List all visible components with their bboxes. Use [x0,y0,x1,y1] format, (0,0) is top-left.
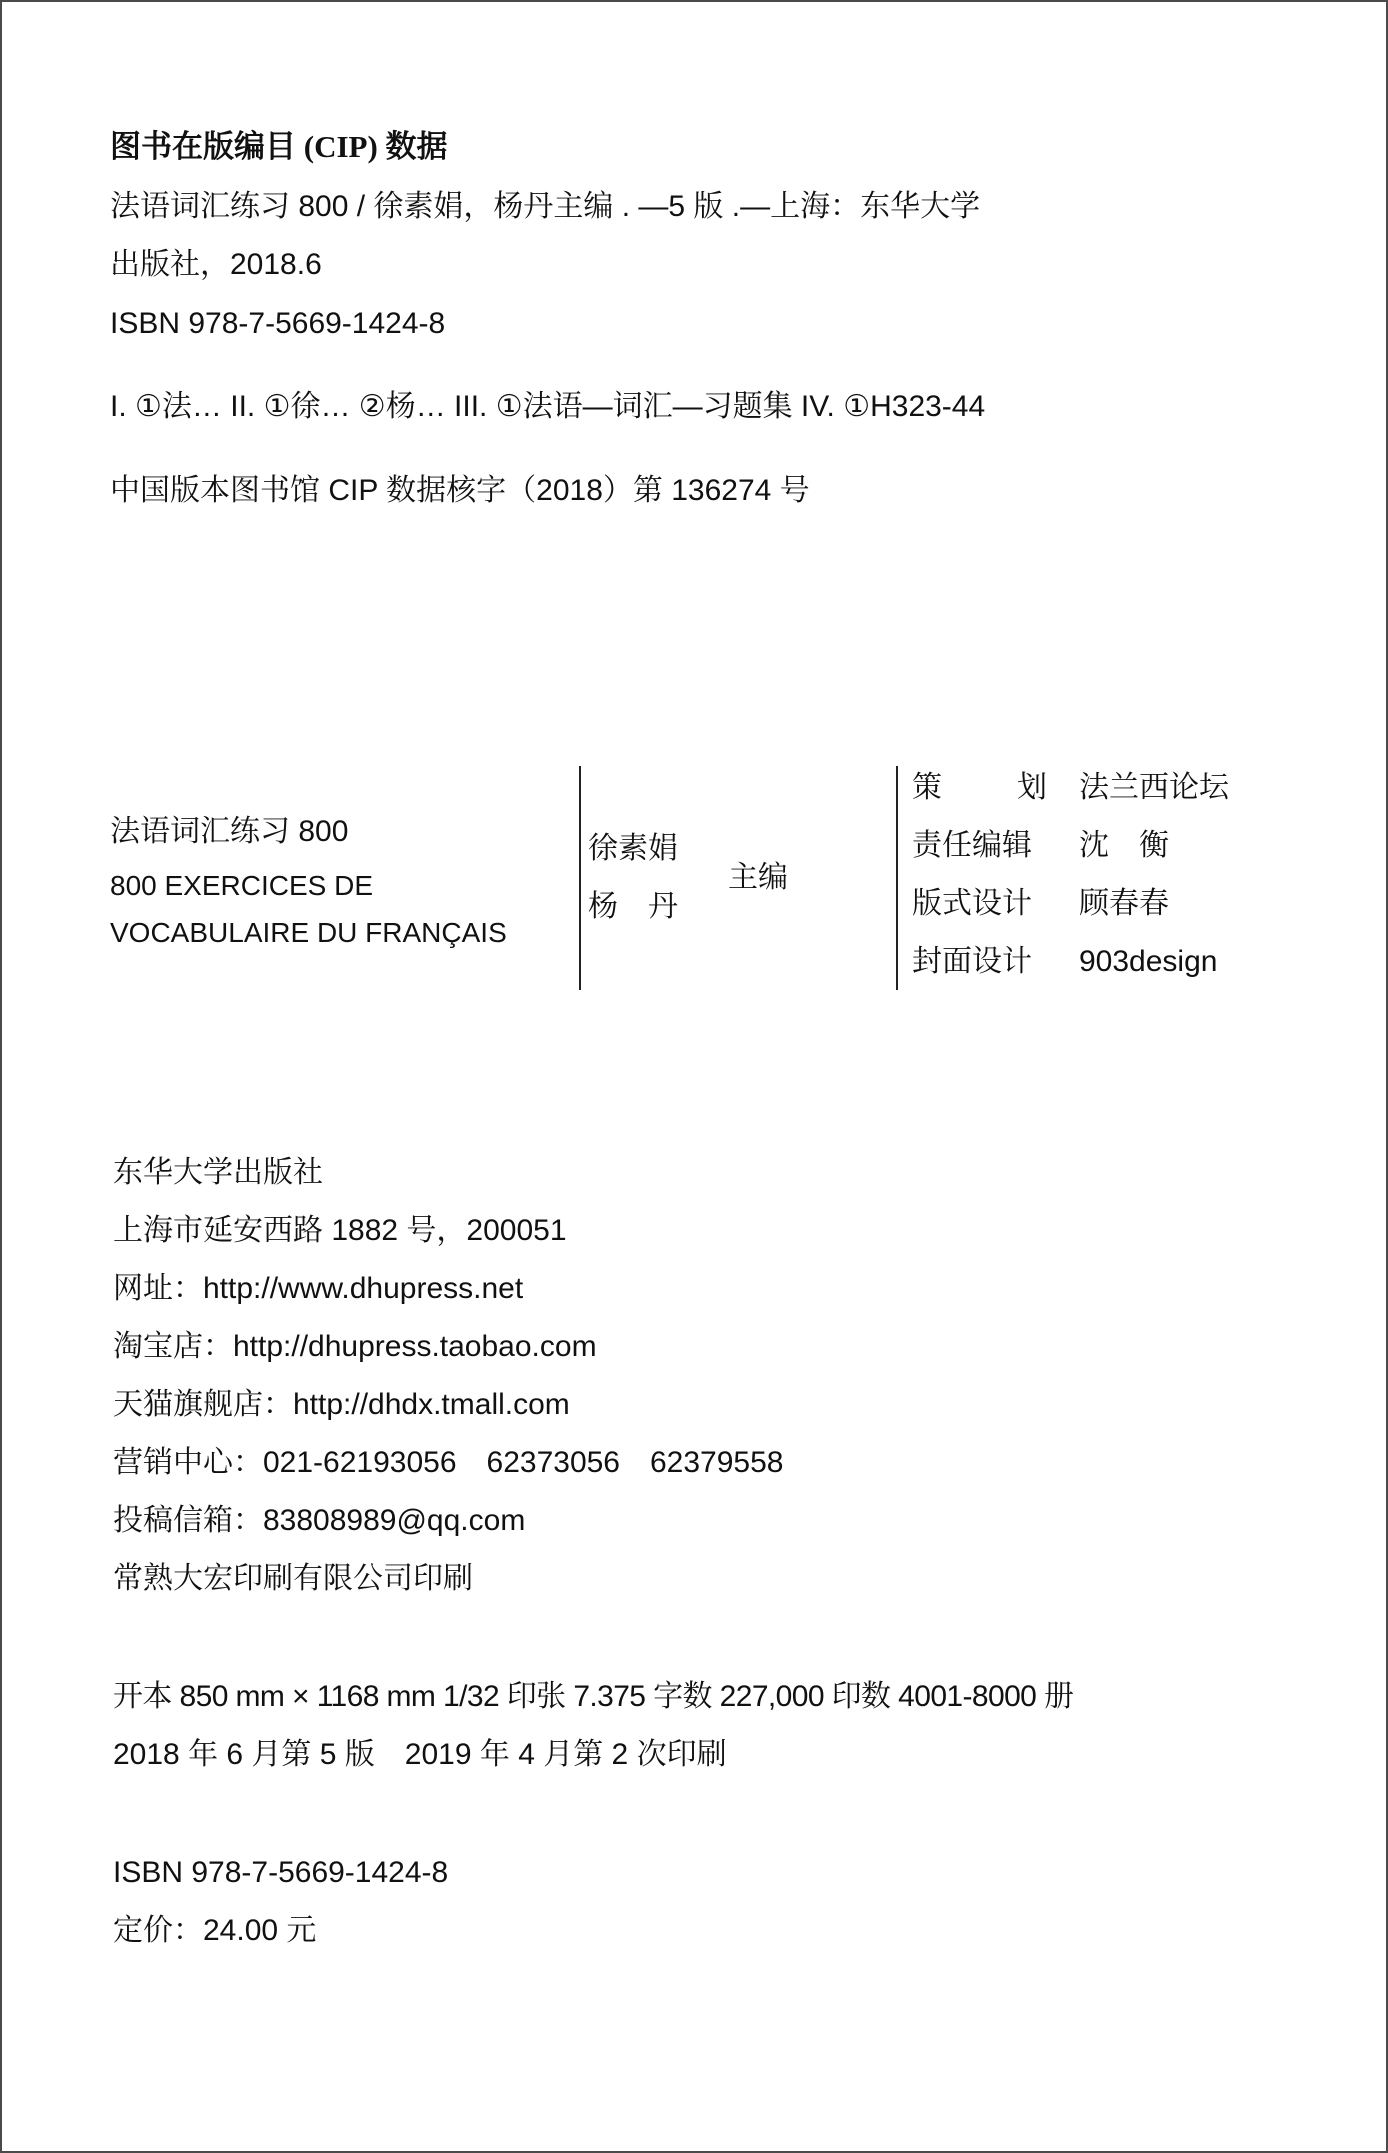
editor-2: 杨 丹 [588,892,678,922]
cip-line-1: 法语词汇练习 800 / 徐素娟，杨丹主编 . —5 版 .—上海：东华大学 [110,192,980,222]
copyright-page: 图书在版编目 (CIP) 数据 法语词汇练习 800 / 徐素娟，杨丹主编 . … [0,0,1388,2153]
credit-value: 顾春春 [1079,889,1169,919]
editor-1: 徐素娟 [588,834,678,864]
edition-info: 2018 年 6 月第 5 版 2019 年 4 月第 2 次印刷 [113,1740,727,1770]
credit-label-char: 策 [912,773,942,803]
publisher-taobao: 淘宝店：http://dhupress.taobao.com [113,1332,597,1362]
publisher-address: 上海市延安西路 1882 号，200051 [113,1216,567,1246]
footer-isbn: ISBN 978-7-5669-1424-8 [113,1858,448,1888]
publisher-marketing: 营销中心：021-62193056 62373056 62379558 [113,1448,783,1478]
credit-label-char: 划 [1017,773,1047,803]
book-title-fr-line-2: VOCABULAIRE DU FRANÇAIS [110,919,507,947]
publisher-name: 东华大学出版社 [113,1158,323,1188]
cip-record-number: 中国版本图书馆 CIP 数据核字（2018）第 136274 号 [110,476,810,506]
book-title-fr-line-1: 800 EXERCICES DE [110,872,373,900]
publisher-printer: 常熟大宏印刷有限公司印刷 [113,1564,473,1594]
credit-label: 版式设计 [912,889,1032,919]
editor-role: 主编 [728,863,788,893]
cip-isbn: ISBN 978-7-5669-1424-8 [110,309,445,339]
credit-label: 责任编辑 [912,831,1032,861]
credit-label: 封面设计 [912,947,1032,977]
cip-heading: 图书在版编目 (CIP) 数据 [110,131,448,162]
cip-line-2: 出版社，2018.6 [110,250,322,280]
publisher-tmall: 天猫旗舰店：http://dhdx.tmall.com [113,1390,570,1420]
divider-left [579,766,581,990]
credit-value: 法兰西论坛 [1079,773,1229,803]
publisher-website: 网址：http://www.dhupress.net [113,1274,523,1304]
credit-value: 903design [1079,947,1217,977]
divider-right [896,766,898,990]
credit-value: 沈 衡 [1079,831,1169,861]
cip-classification: I. ①法… II. ①徐… ②杨… III. ①法语—词汇—习题集 IV. ①… [110,392,985,422]
format-specs: 开本 850 mm × 1168 mm 1/32 印张 7.375 字数 227… [113,1682,1073,1712]
footer-price: 定价：24.00 元 [113,1916,316,1946]
publisher-submissions: 投稿信箱：83808989@qq.com [113,1506,525,1536]
book-title-cn: 法语词汇练习 800 [110,817,348,847]
credit-label: 策 划 [912,773,1047,803]
